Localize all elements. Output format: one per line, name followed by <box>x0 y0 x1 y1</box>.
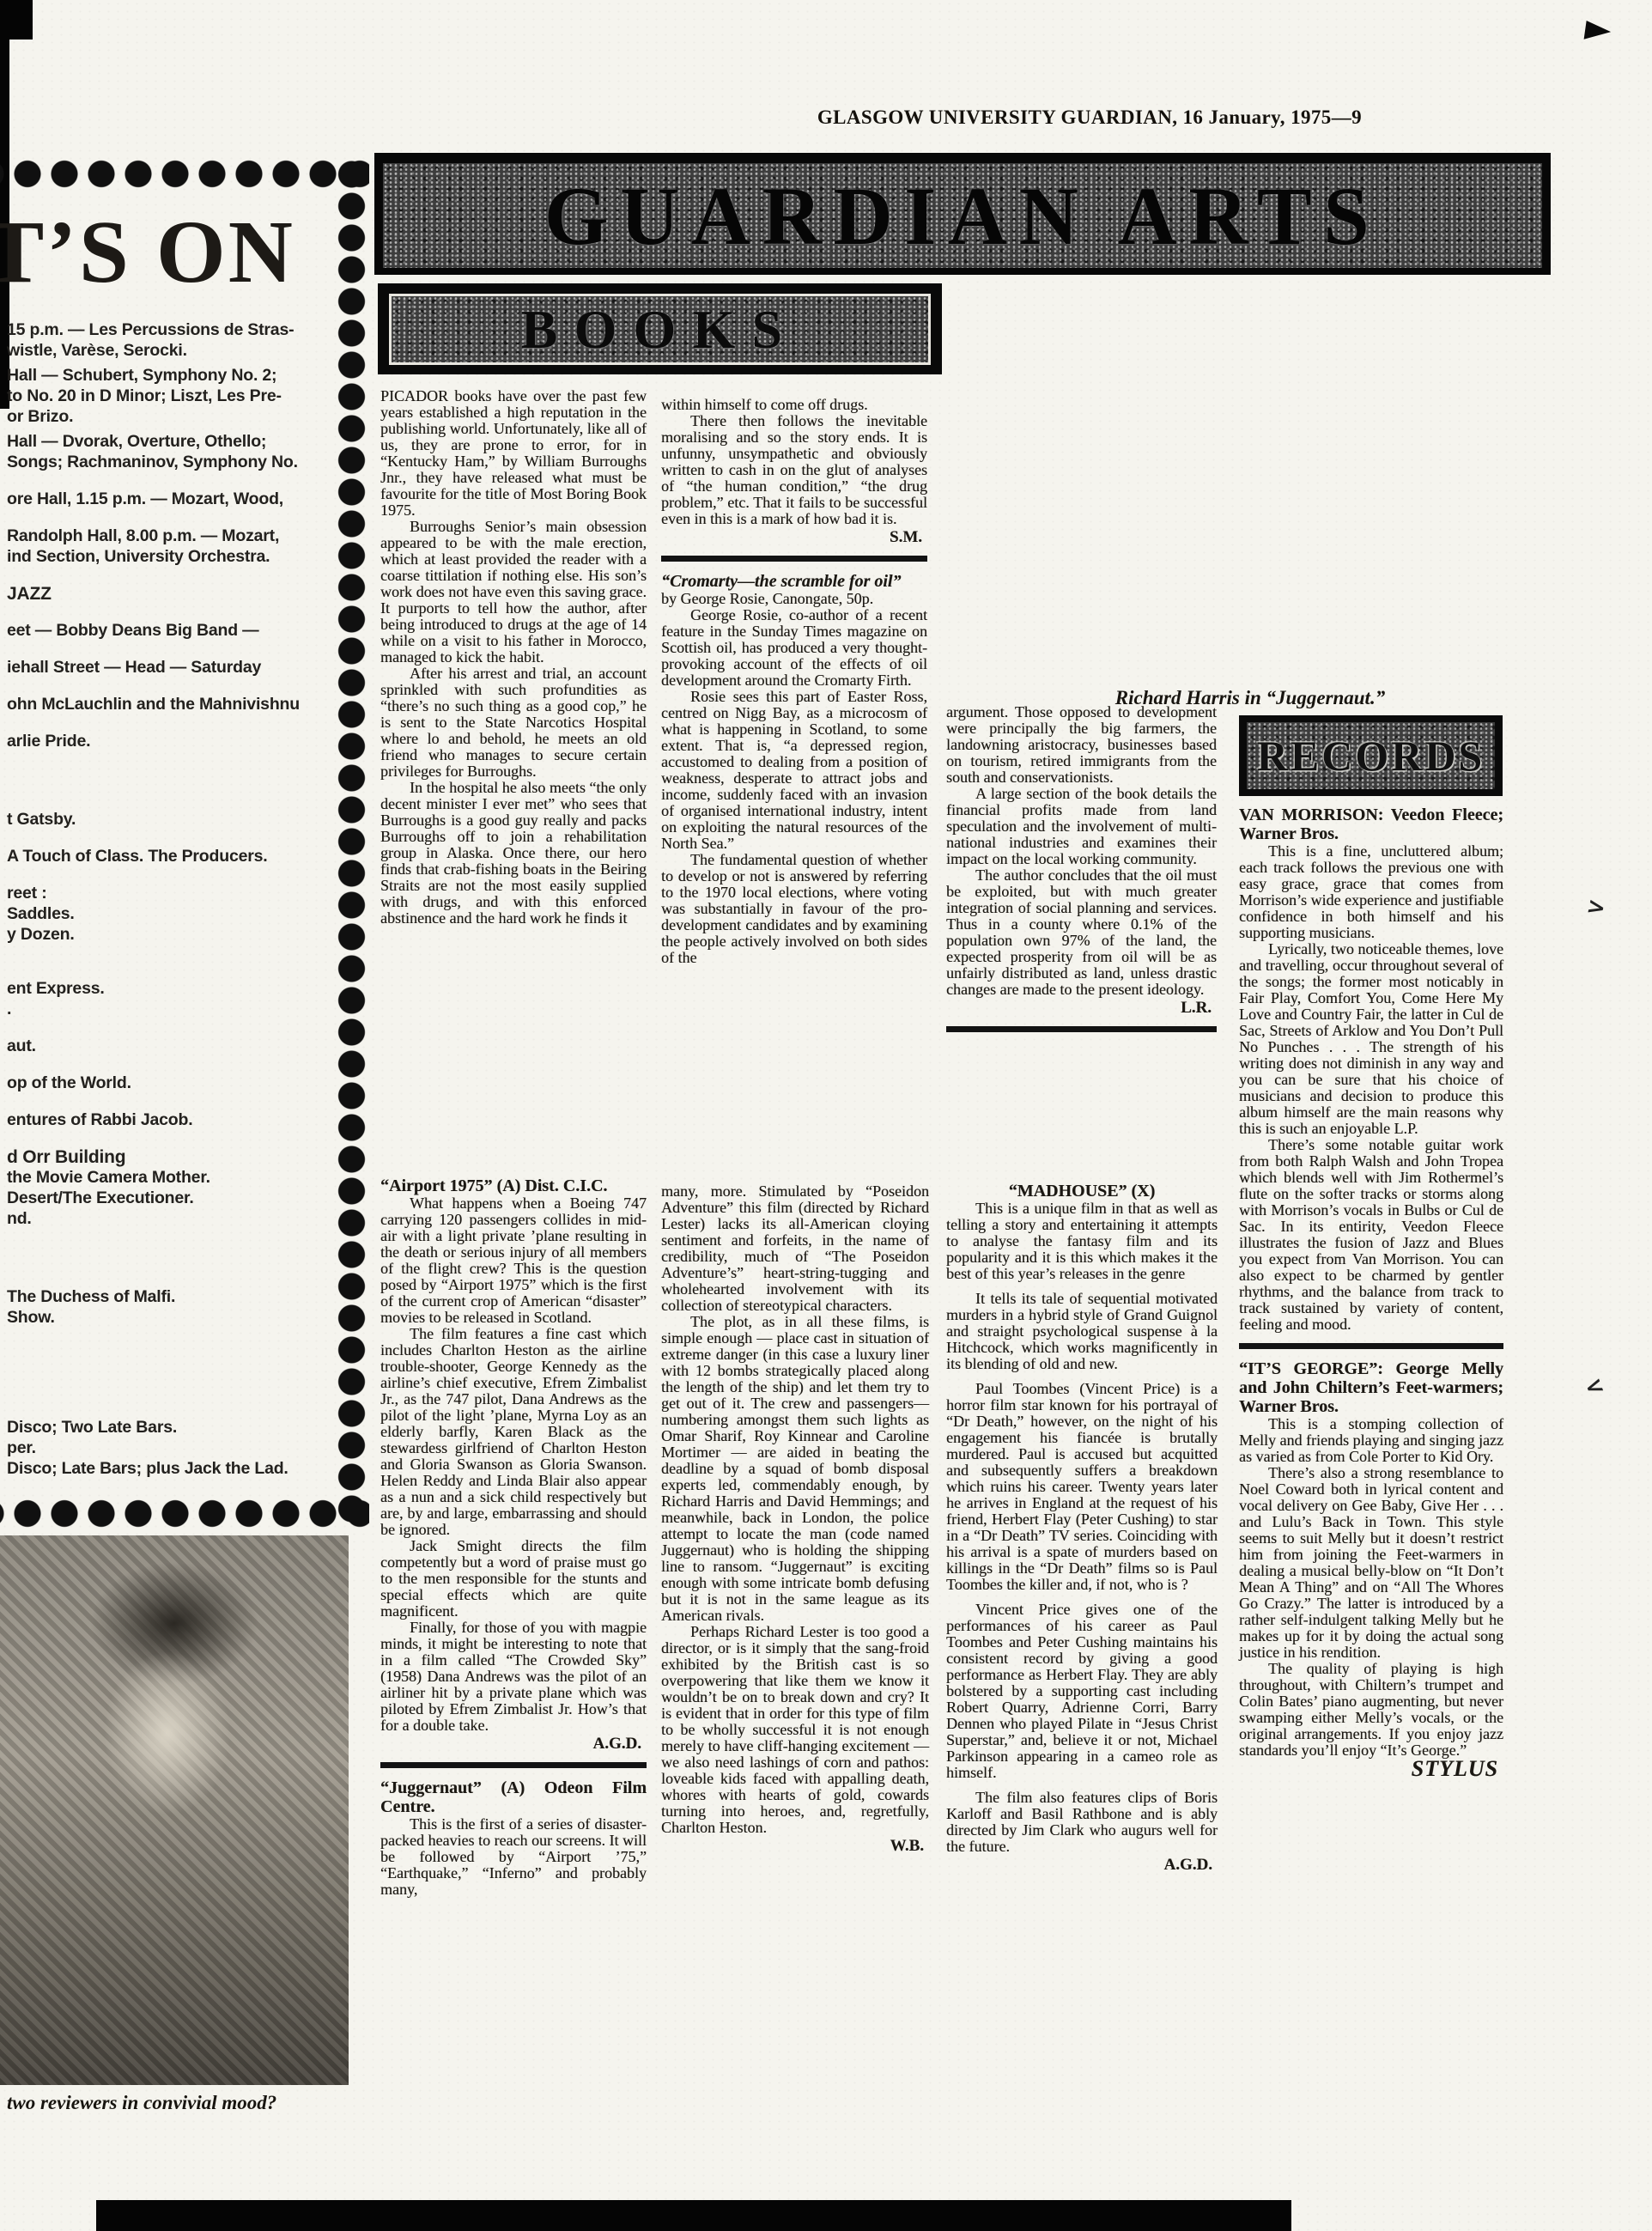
listing-line: Hall — Dvorak, Overture, Othello; <box>7 432 319 452</box>
dotted-border-top <box>0 158 369 190</box>
article-paragraph: The quality of playing is high throughou… <box>1239 1661 1503 1759</box>
listing-line: d Orr Building <box>7 1147 319 1167</box>
article-paragraph: The film features a fine cast which incl… <box>380 1326 647 1538</box>
records-banner: RECORDS <box>1239 715 1503 796</box>
article-madhouse-col: “MADHOUSE” (X) This is a unique film in … <box>946 1182 1218 1873</box>
listing-line: Show. <box>7 1308 319 1328</box>
reviewers-photo-caption: two reviewers in convivial mood? <box>7 2092 376 2114</box>
article-airport-col: “Airport 1975” (A) Dist. C.I.C. What hap… <box>380 1176 647 1898</box>
article-paragraph: Burroughs Senior’s main obsession appear… <box>380 519 647 666</box>
section-rule <box>661 556 927 562</box>
article-paragraph: The author concludes that the oil must b… <box>946 867 1217 998</box>
listing-line: reet : <box>7 884 319 903</box>
listing-line: t Gatsby. <box>7 810 319 830</box>
article-cromarty-col3: argument. Those opposed to development w… <box>946 704 1217 1043</box>
listing-line: Songs; Rachmaninov, Symphony No. <box>7 453 319 472</box>
books-banner-title: BOOKS <box>521 298 799 362</box>
article-paragraph: After his arrest and trial, an account s… <box>380 666 647 780</box>
article-books-col2: within himself to come off drugs. There … <box>661 397 927 966</box>
article-paragraph: In the hospital he also meets “the only … <box>380 780 647 927</box>
listing-line: or Brizo. <box>7 407 319 427</box>
listing-line: Disco; Late Bars; plus Jack the Lad. <box>7 1459 319 1479</box>
article-paragraph: The film also features clips of Boris Ka… <box>946 1790 1218 1855</box>
article-paragraph: There’s also a strong resemblance to Noe… <box>1239 1465 1503 1661</box>
article-paragraph: The fundamental question of whether to d… <box>661 852 927 966</box>
article-paragraph: What happens when a Boeing 747 carrying … <box>380 1195 647 1326</box>
article-paragraph: This is a stomping collection of Melly a… <box>1239 1416 1503 1465</box>
article-title: “Airport 1975” (A) Dist. C.I.C. <box>380 1176 647 1195</box>
listing-line: ent Express. <box>7 979 319 999</box>
guardian-arts-banner-title: GUARDIAN ARTS <box>544 168 1381 264</box>
article-kentucky-ham-col1: PICADOR books have over the past few yea… <box>380 388 647 927</box>
reviewer-initials: A.G.D. <box>380 1736 647 1752</box>
section-rule <box>1239 1343 1503 1349</box>
guardian-arts-banner: GUARDIAN ARTS <box>374 153 1551 275</box>
article-title: “MADHOUSE” (X) <box>946 1182 1218 1201</box>
article-paragraph: Rosie sees this part of Easter Ross, cen… <box>661 689 927 852</box>
scan-artifact <box>1584 21 1613 43</box>
listing-line: wistle, Varèse, Serocki. <box>7 341 319 361</box>
richard-harris-photo <box>950 289 1551 682</box>
books-banner-texture: BOOKS <box>389 294 931 365</box>
reviewer-initials: L.R. <box>946 1000 1217 1016</box>
scan-artifact <box>0 0 33 40</box>
section-rule <box>380 1762 647 1768</box>
listing-line: 15 p.m. — Les Percussions de Stras- <box>7 320 319 340</box>
listing-line: the Movie Camera Mother. <box>7 1168 319 1188</box>
article-paragraph: This is a unique film in that as well as… <box>946 1201 1218 1282</box>
listing-line: Desert/The Executioner. <box>7 1188 319 1208</box>
reviewer-initials: W.B. <box>661 1838 929 1854</box>
listing-line: eet — Bobby Deans Big Band — <box>7 621 319 641</box>
article-paragraph: argument. Those opposed to development w… <box>946 704 1217 786</box>
newspaper-page: > > GLASGOW UNIVERSITY GUARDIAN, 16 Janu… <box>0 0 1652 2231</box>
records-banner-title: RECORDS <box>1257 731 1485 781</box>
scan-artifact: > <box>1582 1371 1608 1402</box>
listing-line: ohn McLauchlin and the Mahnivishnu <box>7 695 319 714</box>
books-banner: BOOKS <box>378 283 942 374</box>
whats-on-listings: 15 p.m. — Les Percussions de Stras- wist… <box>7 319 319 1479</box>
reviewers-photo <box>0 1535 349 2085</box>
masthead: GLASGOW UNIVERSITY GUARDIAN, 16 January,… <box>709 106 1362 129</box>
article-title: “Juggernaut” (A) Odeon Film Centre. <box>380 1778 647 1816</box>
dotted-border-right <box>333 158 370 1525</box>
listing-line: Randolph Hall, 8.00 p.m. — Mozart, <box>7 526 319 546</box>
article-paragraph: A large section of the book details the … <box>946 786 1217 867</box>
article-paragraph: The plot, as in all these films, is simp… <box>661 1314 929 1624</box>
listing-line: Disco; Two Late Bars. <box>7 1418 319 1438</box>
article-paragraph: There’s some notable guitar work from bo… <box>1239 1137 1503 1333</box>
listing-line: entures of Rabbi Jacob. <box>7 1110 319 1130</box>
article-title: “IT’S GEORGE”: George Melly and John Chi… <box>1239 1359 1503 1416</box>
listing-line: nd. <box>7 1209 319 1229</box>
reviewer-pseudonym: STYLUS <box>1239 1760 1503 1777</box>
reviewer-initials: S.M. <box>661 529 927 545</box>
article-paragraph: Lyrically, two noticeable themes, love a… <box>1239 941 1503 1137</box>
listing-line: JAZZ <box>7 584 319 604</box>
listing-line: op of the World. <box>7 1073 319 1093</box>
section-rule <box>946 1026 1217 1032</box>
dotted-border-bottom <box>0 1498 369 1529</box>
reviewer-initials: A.G.D. <box>946 1857 1218 1873</box>
listing-line: to No. 20 in D Minor; Liszt, Les Pre- <box>7 386 319 406</box>
listing-line: y Dozen. <box>7 925 319 945</box>
article-records-col: VAN MORRISON: Veedon Fleece; Warner Bros… <box>1239 805 1503 1777</box>
article-paragraph: Paul Toombes (Vincent Price) is a horror… <box>946 1381 1218 1593</box>
whats-on-panel: T’S ON 15 p.m. — Les Percussions de Stra… <box>0 153 371 1541</box>
article-title: VAN MORRISON: Veedon Fleece; Warner Bros… <box>1239 805 1503 843</box>
listing-line: The Duchess of Malfi. <box>7 1287 319 1307</box>
article-paragraph: George Rosie, co-author of a recent feat… <box>661 607 927 689</box>
listing-line: arlie Pride. <box>7 732 319 751</box>
article-paragraph: This is the first of a series of disaste… <box>380 1816 647 1898</box>
scan-artifact: > <box>1584 893 1608 922</box>
article-paragraph: PICADOR books have over the past few yea… <box>380 388 647 519</box>
article-paragraph: Vincent Price gives one of the performan… <box>946 1602 1218 1781</box>
listing-line: ind Section, University Orchestra. <box>7 547 319 567</box>
article-juggernaut-col2: many, more. Stimulated by “Poseidon Adve… <box>661 1183 929 1854</box>
article-paragraph: Jack Smight directs the film competently… <box>380 1538 647 1620</box>
article-paragraph: many, more. Stimulated by “Poseidon Adve… <box>661 1183 929 1314</box>
listing-line: . <box>7 1000 319 1019</box>
scan-artifact <box>96 2200 1291 2231</box>
listing-line: iehall Street — Head — Saturday <box>7 658 319 678</box>
article-paragraph: Perhaps Richard Lester is too good a dir… <box>661 1624 929 1836</box>
listing-line: ore Hall, 1.15 p.m. — Mozart, Wood, <box>7 489 319 509</box>
listing-line: Hall — Schubert, Symphony No. 2; <box>7 366 319 386</box>
listing-line: A Touch of Class. The Producers. <box>7 847 319 866</box>
listing-line: aut. <box>7 1036 319 1056</box>
listing-line: per. <box>7 1438 319 1458</box>
listing-line: Saddles. <box>7 904 319 924</box>
article-paragraph: within himself to come off drugs. <box>661 397 927 413</box>
article-byline: by George Rosie, Canongate, 50p. <box>661 591 927 607</box>
article-paragraph: It tells its tale of sequential motivate… <box>946 1291 1218 1372</box>
article-paragraph: This is a fine, uncluttered album; each … <box>1239 843 1503 941</box>
article-paragraph: Finally, for those of you with magpie mi… <box>380 1620 647 1734</box>
records-banner-texture: RECORDS <box>1247 722 1495 789</box>
article-title: “Cromarty—the scramble for oil” <box>661 572 927 591</box>
article-paragraph: There then follows the inevitable morali… <box>661 413 927 527</box>
whats-on-title: T’S ON <box>0 201 295 303</box>
guardian-arts-banner-texture: GUARDIAN ARTS <box>383 163 1542 268</box>
